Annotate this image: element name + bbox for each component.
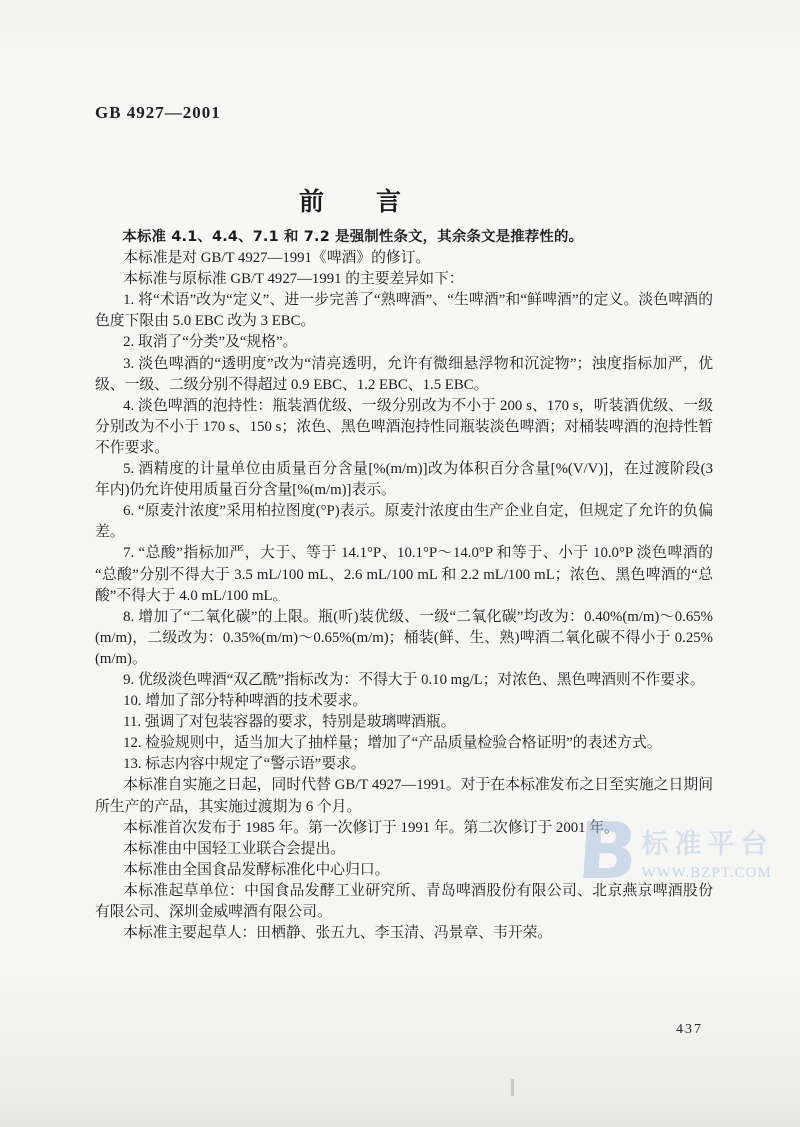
diff-item-12: 12. 检验规则中，适当加大了抽样量；增加了“产品质量检验合格证明”的表述方式。 [95, 733, 713, 754]
diff-item-4: 4. 淡色啤酒的泡持性：瓶装酒优级、一级分别改为不小于 200 s、170 s，… [95, 396, 713, 459]
diff-item-8: 8. 增加了“二氧化碳”的上限。瓶(听)装优级、一级“二氧化碳”均改为：0.40… [95, 607, 713, 670]
standard-number: GB 4927—2001 [95, 103, 221, 123]
diff-item-2: 2. 取消了“分类”及“规格”。 [95, 332, 713, 353]
diff-item-11: 11. 强调了对包装容器的要求，特别是玻璃啤酒瓶。 [95, 712, 713, 733]
diff-item-7: 7. “总酸”指标加严，大于、等于 14.1°P、10.1°P～14.0°P 和… [95, 543, 713, 606]
para-differences-intro: 本标准与原标准 GB/T 4927—1991 的主要差异如下： [95, 269, 713, 290]
para-revision-of: 本标准是对 GB/T 4927—1991《啤酒》的修订。 [95, 248, 713, 269]
diff-item-6: 6. “原麦汁浓度”采用柏拉图度(°P)表示。原麦汁浓度由生产企业自定，但规定了… [95, 501, 713, 543]
para-implementation-transition: 本标准自实施之日起，同时代替 GB/T 4927—1991。对于在本标准发布之日… [95, 775, 713, 817]
diff-item-5: 5. 酒精度的计量单位由质量百分含量[%(m/m)]改为体积百分含量[%(V/V… [95, 459, 713, 501]
foreword-body: 本标准 4.1、4.4、7.1 和 7.2 是强制性条文，其余条文是推荐性的。 … [95, 227, 713, 944]
page-title-char-1: 前 [299, 189, 324, 216]
para-drafting-organizations: 本标准起草单位：中国食品发酵工业研究所、青岛啤酒股份有限公司、北京燕京啤酒股份有… [95, 881, 713, 923]
document-page: GB 4927—2001 前言 本标准 4.1、4.4、7.1 和 7.2 是强… [0, 0, 800, 1127]
para-proposed-by: 本标准由中国轻工业联合会提出。 [95, 839, 713, 860]
diff-item-3: 3. 淡色啤酒的“透明度”改为“清亮透明，允许有微细悬浮物和沉淀物”；浊度指标加… [95, 354, 713, 396]
para-revision-history: 本标准首次发布于 1985 年。第一次修订于 1991 年。第二次修订于 200… [95, 818, 713, 839]
diff-item-13: 13. 标志内容中规定了“警示语”要求。 [95, 754, 713, 775]
para-compulsory-clauses: 本标准 4.1、4.4、7.1 和 7.2 是强制性条文，其余条文是推荐性的。 [95, 227, 713, 248]
diff-item-10: 10. 增加了部分特种啤酒的技术要求。 [95, 691, 713, 712]
page-title: 前言 [0, 182, 700, 218]
scan-artifact-mark [511, 1079, 514, 1096]
diff-item-9: 9. 优级淡色啤酒“双乙酰”指标改为：不得大于 0.10 mg/L；对浓色、黑色… [95, 670, 713, 691]
page-number: 437 [676, 1022, 703, 1038]
page-title-char-2: 言 [376, 189, 401, 216]
para-centralized-by: 本标准由全国食品发酵标准化中心归口。 [95, 860, 713, 881]
para-drafters: 本标准主要起草人：田栖静、张五九、李玉清、冯景章、韦开荣。 [95, 923, 713, 944]
diff-item-1: 1. 将“术语”改为“定义”、进一步完善了“熟啤酒”、“生啤酒”和“鲜啤酒”的定… [95, 290, 713, 332]
